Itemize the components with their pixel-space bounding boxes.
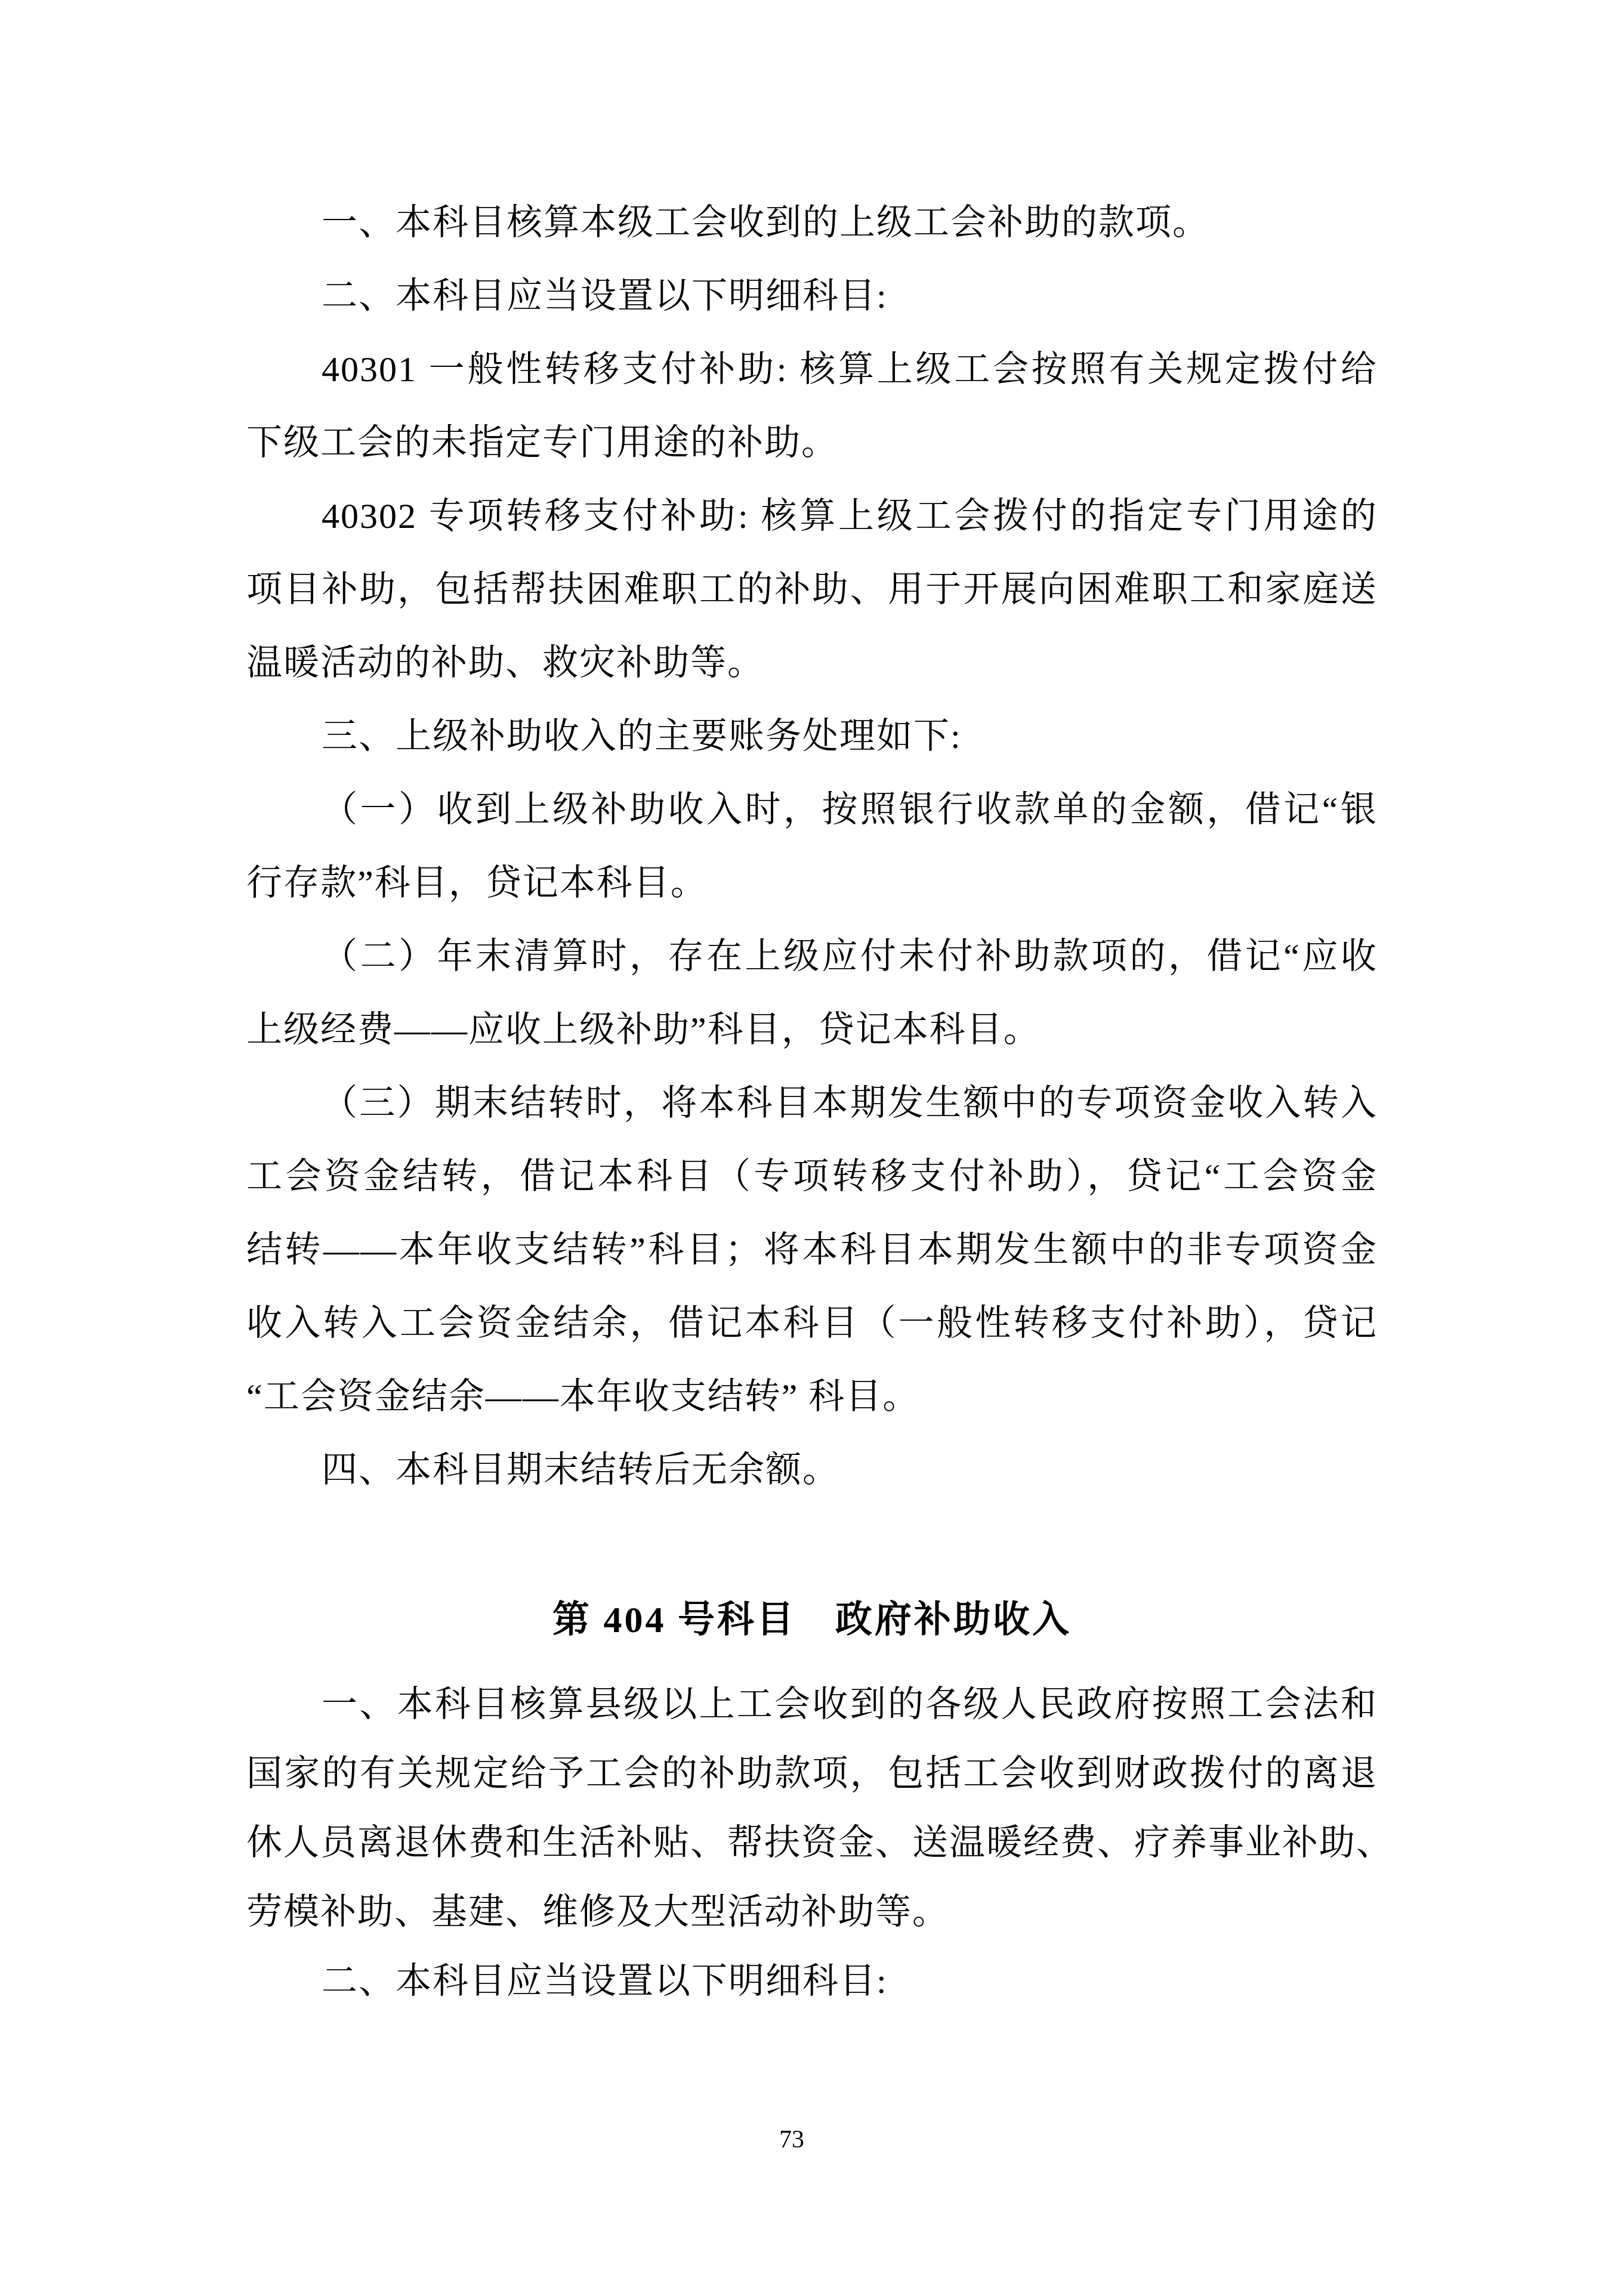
page: 一、本科目核算本级工会收到的上级工会补助的款项。二、本科目应当设置以下明细科目:… xyxy=(0,0,1624,2296)
document-text: 一、本科目核算本级工会收到的上级工会补助的款项。二、本科目应当设置以下明细科目:… xyxy=(246,186,1378,2016)
text-line: 劳模补助、基建、维修及大型活动补助等。 xyxy=(246,1877,1378,1946)
text-line: （二）年末清算时，存在上级应付未付补助款项的，借记“应收 xyxy=(246,920,1378,993)
text-line: （三）期末结转时，将本科目本期发生额中的专项资金收入转入 xyxy=(246,1067,1378,1140)
text-line: （一）收到上级补助收入时，按照银行收款单的金额，借记“银 xyxy=(246,773,1378,846)
text-line: 40301 一般性转移支付补助: 核算上级工会按照有关规定拨付给 xyxy=(246,333,1378,406)
text-line: 二、本科目应当设置以下明细科目: xyxy=(246,1946,1378,2016)
text-line: 项目补助，包括帮扶困难职工的补助、用于开展向困难职工和家庭送 xyxy=(246,553,1378,626)
text-line: 一、本科目核算县级以上工会收到的各级人民政府按照工会法和 xyxy=(246,1670,1378,1739)
page-number: 73 xyxy=(779,2125,804,2155)
text-line: 国家的有关规定给予工会的补助款项，包括工会收到财政拨付的离退 xyxy=(246,1739,1378,1808)
text-line: 三、上级补助收入的主要账务处理如下: xyxy=(246,700,1378,773)
text-line: 工会资金结转，借记本科目（专项转移支付补助），贷记“工会资金 xyxy=(246,1140,1378,1213)
text-line: 行存款”科目，贷记本科目。 xyxy=(246,846,1378,920)
text-line: 40302 专项转移支付补助: 核算上级工会拨付的指定专门用途的 xyxy=(246,480,1378,553)
text-line: 上级经费——应收上级补助”科目，贷记本科目。 xyxy=(246,993,1378,1067)
text-line: 结转——本年收支结转”科目；将本科目本期发生额中的非专项资金 xyxy=(246,1213,1378,1287)
section-heading: 第 404 号科目 政府补助收入 xyxy=(246,1584,1378,1657)
text-line: 温暖活动的补助、救灾补助等。 xyxy=(246,626,1378,700)
text-line: 四、本科目期末结转后无余额。 xyxy=(246,1433,1378,1507)
text-line: 下级工会的未指定专门用途的补助。 xyxy=(246,406,1378,480)
text-line: 二、本科目应当设置以下明细科目: xyxy=(246,259,1378,333)
text-line: 休人员离退休费和生活补贴、帮扶资金、送温暖经费、疗养事业补助、 xyxy=(246,1808,1378,1877)
text-line: 收入转入工会资金结余，借记本科目（一般性转移支付补助），贷记 xyxy=(246,1287,1378,1360)
text-line: 一、本科目核算本级工会收到的上级工会补助的款项。 xyxy=(246,186,1378,259)
text-line: “工会资金结余——本年收支结转” 科目。 xyxy=(246,1360,1378,1433)
